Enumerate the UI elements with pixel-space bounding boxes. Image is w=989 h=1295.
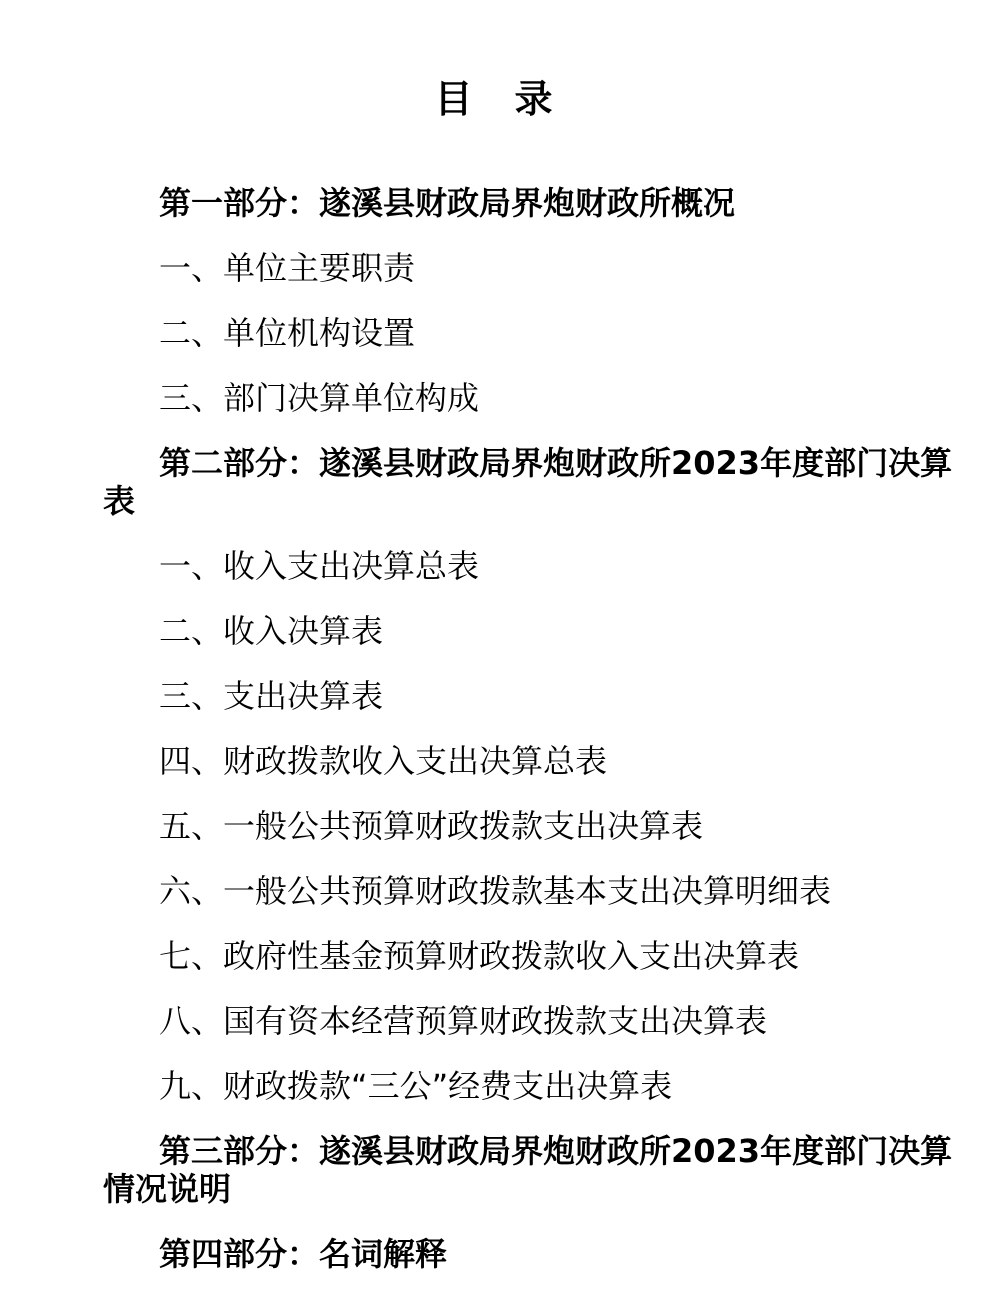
- toc-item: 二、单位机构设置: [103, 314, 971, 352]
- toc-list: 第一部分：遂溪县财政局界炮财政所概况一、单位主要职责二、单位机构设置三、部门决算…: [103, 184, 971, 1273]
- toc-section-heading: 第一部分：遂溪县财政局界炮财政所概况: [103, 184, 971, 222]
- toc-item: 九、财政拨款“三公”经费支出决算表: [103, 1067, 971, 1105]
- toc-item: 五、一般公共预算财政拨款支出决算表: [103, 807, 971, 845]
- toc-item: 四、财政拨款收入支出决算总表: [103, 742, 971, 780]
- toc-item: 八、国有资本经营预算财政拨款支出决算表: [103, 1002, 971, 1040]
- toc-item: 七、政府性基金预算财政拨款收入支出决算表: [103, 937, 971, 975]
- toc-item: 三、部门决算单位构成: [103, 379, 971, 417]
- toc-item: 三、支出决算表: [103, 677, 971, 715]
- toc-section-heading: 第四部分：名词解释: [103, 1235, 971, 1273]
- toc-item: 一、收入支出决算总表: [103, 547, 971, 585]
- toc-item: 六、一般公共预算财政拨款基本支出决算明细表: [103, 872, 971, 910]
- page-title: 目 录: [0, 80, 989, 118]
- toc-section-heading: 第三部分：遂溪县财政局界炮财政所2023年度部门决算 情况说明: [103, 1132, 971, 1208]
- toc-item: 一、单位主要职责: [103, 249, 971, 287]
- toc-item: 二、收入决算表: [103, 612, 971, 650]
- toc-section-heading: 第二部分：遂溪县财政局界炮财政所2023年度部门决算 表: [103, 444, 971, 520]
- document-page: 目 录 第一部分：遂溪县财政局界炮财政所概况一、单位主要职责二、单位机构设置三、…: [0, 0, 989, 1295]
